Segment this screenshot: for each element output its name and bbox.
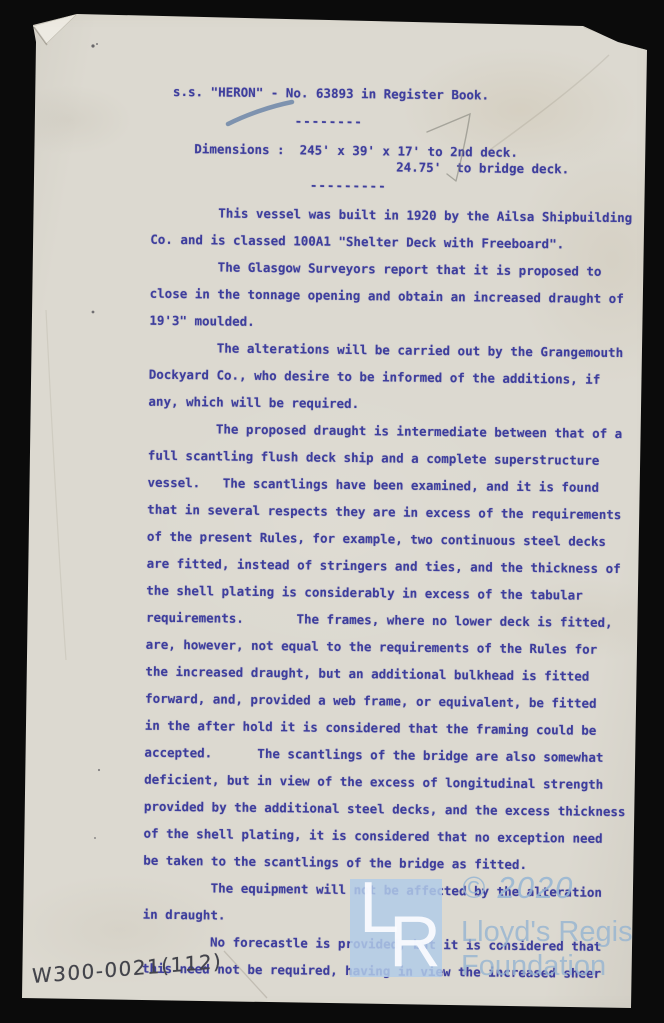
separator-rule: --------	[295, 113, 363, 129]
separator-rule: ---------	[310, 178, 387, 194]
typed-text-layer: s.s. "HERON" - No. 63893 in Register Boo…	[0, 0, 664, 1023]
typed-body-lines: This vessel was built in 1920 by the Ail…	[142, 199, 632, 987]
dimensions-line-1: Dimensions : 245' x 39' x 17' to 2nd dec…	[194, 141, 518, 160]
document-heading: s.s. "HERON" - No. 63893 in Register Boo…	[173, 84, 489, 103]
document-page: s.s. "HERON" - No. 63893 in Register Boo…	[0, 0, 664, 1023]
dimensions-line-2: 24.75' to bridge deck.	[396, 160, 569, 177]
